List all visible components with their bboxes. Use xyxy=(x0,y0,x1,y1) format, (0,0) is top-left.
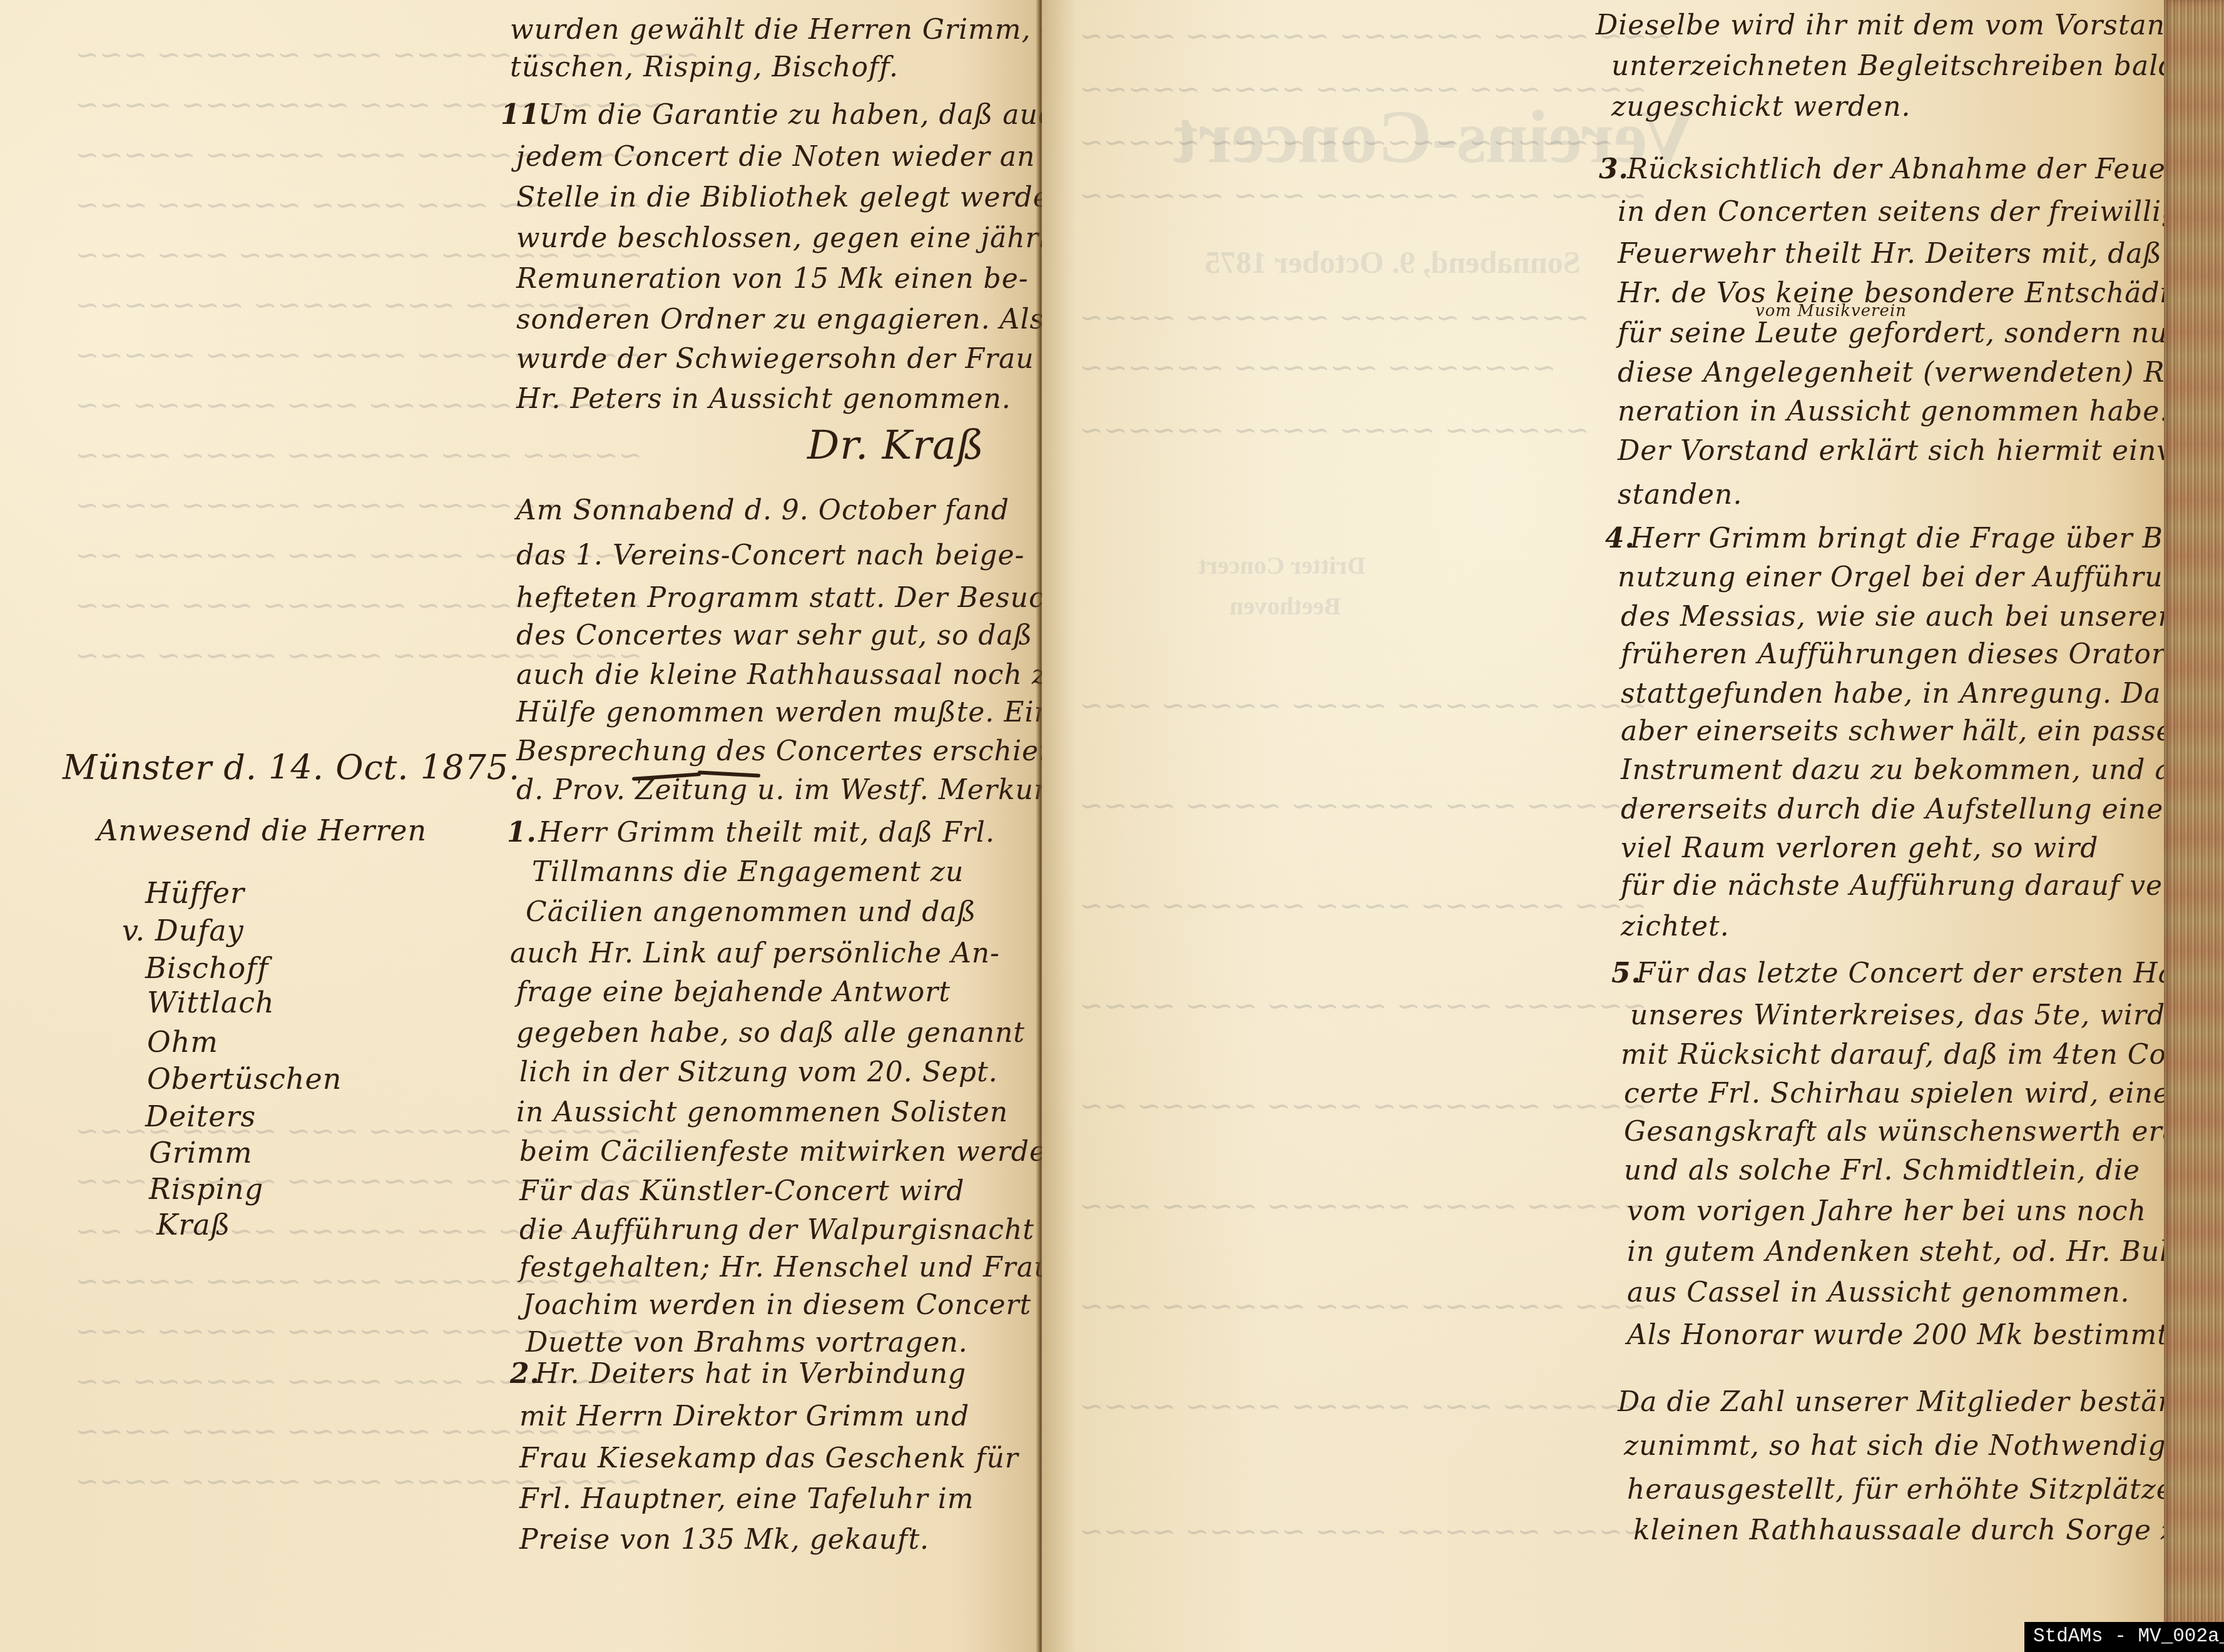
interlinear-insert: vom Musikverein xyxy=(1755,302,1907,320)
bleed-through-text: ~~~~~~ ~~~~ ~~~~~ ~~~ ~~~~ xyxy=(1079,989,1646,1022)
item-line: die Aufführung der Walpurgisnacht xyxy=(519,1214,1034,1246)
item-line: wurde der Schwiegersohn der Frau Exmann xyxy=(516,343,1042,375)
attendee: Bischoff xyxy=(145,951,268,985)
attendee: Risping xyxy=(149,1172,263,1206)
attendee: Wittlach xyxy=(147,986,275,1019)
bleed-through-text: ~~~~~ ~~~~ ~~~~~~ ~~~~ ~~~ xyxy=(1079,1189,1646,1223)
book-spread: ~~~ ~~~~ ~~~~~ ~~~ ~~~~~~ ~~~ ~~~~~ ~~~~… xyxy=(0,0,2224,1652)
item-line: für seine Leute gefordert, sondern nur d… xyxy=(1618,317,2181,349)
bleed-through-text: ~~~~~~ ~~~~~~ ~~~~ ~~~~~ xyxy=(1079,125,1613,159)
attendee: v. Dufay xyxy=(122,914,244,947)
closing-line: zunimmt, so hat sich die Nothwendigkeit xyxy=(1624,1430,2181,1462)
item-line: Herr Grimm bringt die Frage über Be- xyxy=(1630,523,2181,554)
closing-line: Da die Zahl unserer Mitglieder beständig xyxy=(1618,1386,2181,1418)
report-line: des Concertes war sehr gut, so daß xyxy=(516,619,1033,651)
item-line: Als Honorar wurde 200 Mk bestimmt. xyxy=(1627,1319,2178,1351)
item-line: und als solche Frl. Schmidtlein, die xyxy=(1624,1155,2140,1186)
report-line: auch die kleine Rathhaussaal noch zu xyxy=(516,659,1042,691)
attendee: Obertüschen xyxy=(147,1062,342,1096)
item-line: aber einerseits schwer hält, ein passend… xyxy=(1621,715,2181,747)
attendance-intro: Anwesend die Herren xyxy=(97,813,427,847)
item-line: Hr. Deiters hat in Verbindung xyxy=(535,1358,966,1390)
item-line: neration in Aussicht genommen habe. xyxy=(1618,395,2169,427)
item-line: Herr Grimm theilt mit, daß Frl. xyxy=(538,817,995,849)
item-line: Duette von Brahms vortragen. xyxy=(526,1327,968,1359)
item-line: Remuneration von 15 Mk einen be- xyxy=(516,263,1029,295)
bleed-through-text: ~~~~ ~~~~~~~ ~~~~ ~~~~~ ~~ xyxy=(1079,1089,1646,1123)
item-line: Für das Künstler-Concert wird xyxy=(519,1175,965,1207)
item-line: Stelle in die Bibliothek gelegt werden, xyxy=(516,181,1042,213)
item-line: viel Raum verloren geht, so wird xyxy=(1621,832,2099,864)
report-line: Besprechung des Concertes erschien im xyxy=(516,735,1042,767)
bleed-through-text: ~~~~ ~~~~~~ ~~~~ ~~~~~ ~~~ xyxy=(1079,688,1646,722)
item-line: jedem Concert die Noten wieder an ihre xyxy=(516,141,1042,173)
item-line: für die nächste Aufführung darauf ver- xyxy=(1621,870,2181,902)
bleed-through-text: ~~~ ~~~~ ~~~~~~ ~~~~~~ ~~~~ xyxy=(1079,19,1671,53)
book-page-edges xyxy=(2164,0,2224,1652)
closing-line: herausgestellt, für erhöhte Sitzplätze i… xyxy=(1627,1474,2181,1506)
item-line: in gutem Andenken steht, od. Hr. Bulz xyxy=(1627,1236,2181,1268)
bleed-through-print: Beethoven xyxy=(1230,591,1341,621)
bleed-through-print: Sonnabend, 9. October 1875 xyxy=(1205,244,1581,280)
item-line: Frau Kiesekamp das Geschenk für xyxy=(519,1442,1019,1474)
attendee: Grimm xyxy=(149,1136,253,1170)
bleed-through-text: ~~~ ~~~~~~ ~~~~ ~~~~~~ ~~~ xyxy=(1079,1289,1646,1323)
item-line: Frl. Hauptner, eine Tafeluhr im xyxy=(519,1483,974,1515)
item-line: Joachim werden in diesem Concert xyxy=(523,1289,1031,1321)
report-line: Hülfe genommen werden mußte. Eine kurze xyxy=(516,696,1042,728)
report-line: hefteten Programm statt. Der Besuch xyxy=(516,582,1042,614)
item-line: Tillmanns die Engagement zu xyxy=(532,856,964,888)
report-line: d. Prov. Zeitung u. im Westf. Merkur. xyxy=(516,774,1042,806)
item-line: auch Hr. Link auf persönliche An- xyxy=(510,937,1000,969)
report-line: das 1. Vereins-Concert nach beige- xyxy=(516,539,1024,571)
item-line: diese Angelegenheit (verwendeten) Remu- xyxy=(1618,357,2181,389)
item-line: Für das letzte Concert der ersten Hälfte xyxy=(1636,957,2181,989)
bleed-through-text: ~~~~~~ ~~~~ ~~~~ ~~~~~~ xyxy=(1079,413,1589,447)
bleed-through-text: ~~~~ ~~~ ~~~~~~ ~~~ ~~~~~~ xyxy=(1079,178,1646,212)
attendee: Hüffer xyxy=(145,876,245,910)
attendee: Ohm xyxy=(147,1025,218,1059)
item-line: Rücksichtlich der Abnahme der Feuerwehr xyxy=(1627,153,2181,185)
item-line: festgehalten; Hr. Henschel und Frau xyxy=(519,1252,1042,1283)
bleed-through-text: ~~~~~~~ ~~~~~~ ~~~~~~ xyxy=(1079,350,1556,384)
continuation-line: Dieselbe wird ihr mit dem vom Vorstand xyxy=(1596,9,2181,41)
report-line: Am Sonnabend d. 9. October fand xyxy=(516,494,1009,526)
item-line: Instrument dazu zu bekommen, und an- xyxy=(1621,754,2181,786)
item-line: mit Herrn Direktor Grimm und xyxy=(519,1400,969,1432)
item-line: Gesangskraft als wünschenswerth erachtet xyxy=(1624,1116,2181,1148)
bleed-through-text: ~~~~~ ~~~ ~~~~~~ ~~~~ ~~~~ xyxy=(75,438,642,472)
bleed-through-print: Dritter Concert xyxy=(1198,551,1365,580)
bleed-through-text: ~~~~~~ ~~~ ~~~~~ ~~~~ ~~~~ xyxy=(1079,1389,1646,1423)
item-line: frage eine bejahende Antwort xyxy=(516,976,951,1008)
continuation-line: unterzeichneten Begleitschreiben bald xyxy=(1611,50,2176,82)
item-line: wurde beschlossen, gegen eine jährliche xyxy=(516,222,1042,254)
item-line: beim Cäcilienfeste mitwirken werden. xyxy=(519,1136,1042,1168)
bleed-through-text: ~~~~~ ~~~~~ ~~~~~~ ~~~~ xyxy=(1079,300,1589,334)
item-line: Um die Garantie zu haben, daß auch xyxy=(538,99,1042,131)
continuation-line: wurden gewählt die Herren Grimm, Ober- xyxy=(510,14,1042,46)
item-number: 3. xyxy=(1599,153,1629,185)
item-line: dererseits durch die Aufstellung einer O… xyxy=(1621,793,2181,825)
attendee: Deiters xyxy=(145,1099,256,1133)
bleed-through-text: ~~~ ~~~~~~ ~~~~ ~~~~~~ ~~~ xyxy=(1079,889,1646,922)
continuation-line: tüschen, Risping, Bischoff. xyxy=(510,51,899,83)
right-page: Vereins-Concert Sonnabend, 9. October 18… xyxy=(1042,0,2181,1652)
continuation-line: zugeschickt werden. xyxy=(1611,91,1911,123)
bleed-through-text: ~~~~~ ~~~ ~~~~~~ ~~~~ ~~~~ xyxy=(1079,788,1646,822)
item-line: zichtet. xyxy=(1621,910,1730,942)
item-line: certe Frl. Schirhau spielen wird, eine xyxy=(1624,1078,2170,1109)
item-line: in den Concerten seitens der freiwillige… xyxy=(1618,196,2181,228)
item-line: standen. xyxy=(1618,479,1742,511)
item-line: Hr. Peters in Aussicht genommen. xyxy=(516,383,1011,415)
bleed-through-text: ~~~~ ~~~ ~~~~~~ ~~~~ ~~~~~ xyxy=(1079,72,1646,106)
item-line: nutzung einer Orgel bei der Aufführung xyxy=(1618,561,2181,593)
item-number: 1. xyxy=(507,817,537,849)
item-line: stattgefunden habe, in Anregung. Da es xyxy=(1621,678,2181,710)
item-line: des Messias, wie sie auch bei unseren xyxy=(1621,601,2176,633)
item-line: mit Rücksicht darauf, daß im 4ten Con- xyxy=(1621,1039,2181,1071)
item-line: Cäcilien angenommen und daß xyxy=(526,896,976,928)
item-line: Der Vorstand erklärt sich hiermit einver… xyxy=(1618,435,2181,467)
closing-line: kleinen Rathhaussaale durch Sorge zu tra… xyxy=(1633,1514,2181,1546)
item-line: gegeben habe, so daß alle genannt xyxy=(516,1017,1025,1049)
item-line: früheren Aufführungen dieses Oratoriums xyxy=(1621,638,2181,670)
left-page: ~~~ ~~~~ ~~~~~ ~~~ ~~~~~~ ~~~ ~~~~~ ~~~~… xyxy=(0,0,1042,1652)
meeting-date-heading: Münster d. 14. Oct. 1875. xyxy=(63,748,520,787)
archive-label: StdAMs - MV_002a_257 xyxy=(2024,1622,2224,1652)
signature: Dr. Kraß xyxy=(807,422,984,469)
bleed-through-text: ~~~~ ~~~~~~ ~~~ ~~~~~ ~~~~ xyxy=(1079,1514,1646,1548)
item-line: in Aussicht genommenen Solisten xyxy=(516,1096,1008,1128)
item-line: unseres Winterkreises, das 5te, wird xyxy=(1630,999,2165,1031)
item-line: sonderen Ordner zu engagieren. Als solch… xyxy=(516,303,1042,335)
attendee: Kraß xyxy=(156,1208,231,1242)
item-line: lich in der Sitzung vom 20. Sept. xyxy=(519,1056,998,1088)
item-line: vom vorigen Jahre her bei uns noch xyxy=(1627,1195,2146,1227)
item-line: Preise von 135 Mk, gekauft. xyxy=(519,1524,929,1556)
item-line: aus Cassel in Aussicht genommen. xyxy=(1627,1277,2130,1308)
item-line: Feuerwehr theilt Hr. Deiters mit, daß xyxy=(1618,238,2162,270)
